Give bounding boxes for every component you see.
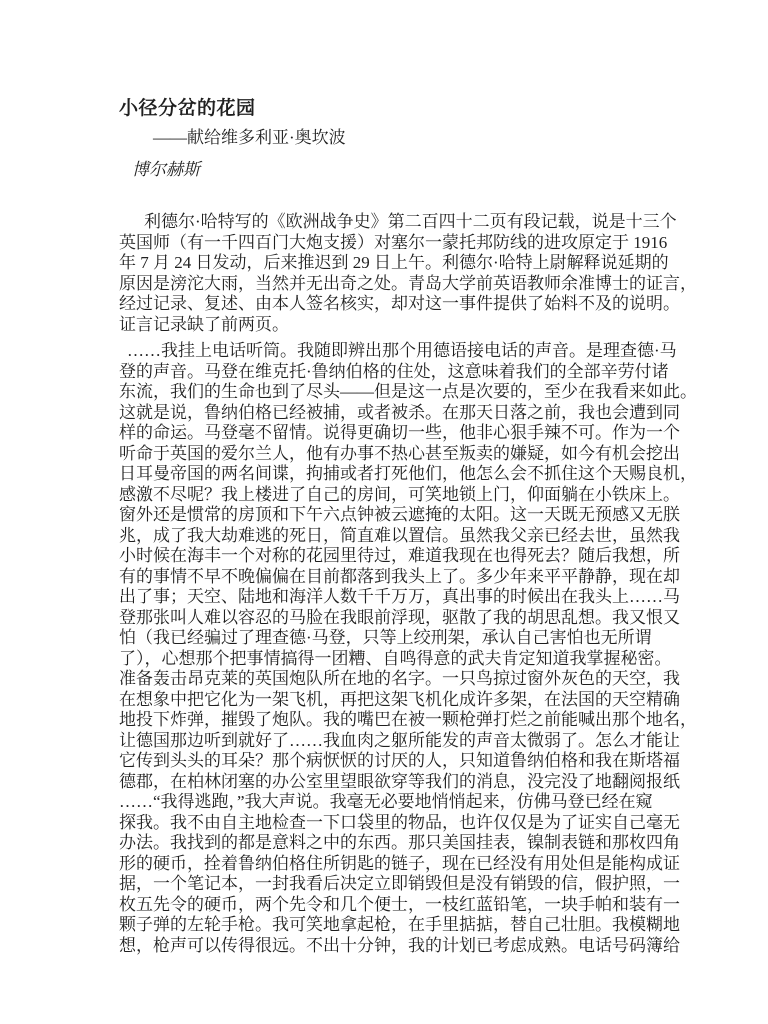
text-line: 据，一个笔记本，一封我看后决定立即销毁但是没有销毁的信，假护照，一 bbox=[119, 874, 703, 895]
text-line: 窗外还是惯常的房顶和下午六点钟被云遮掩的太阳。这一天既无预感又无朕 bbox=[119, 505, 703, 526]
text-line: 颗子弹的左轮手枪。我可笑地拿起枪，在手里掂掂，替自己壮胆。我模糊地 bbox=[119, 915, 703, 936]
text-line: 年 7 月 24 日发动，后来推迟到 29 日上午。利德尔·哈特上尉解释说延期的 bbox=[119, 253, 703, 274]
text-line: 出了事；天空、陆地和海洋人数千千万万，真出事的时候出在我头上……马 bbox=[119, 587, 703, 608]
text-line: 经过记录、复述、由本人签名核实，却对这一事件提供了始料不及的说明。 bbox=[119, 294, 703, 315]
text-line: 原因是滂沱大雨，当然并无出奇之处。青岛大学前英语教师余准博士的证言， bbox=[119, 274, 703, 295]
text-line: 兆，成了我大劫难逃的死日，简直难以置信。虽然我父亲已经去世，虽然我 bbox=[119, 526, 703, 547]
text-line: 利德尔·哈特写的《欧洲战争史》第二百四十二页有段记载，说是十三个 bbox=[119, 212, 703, 233]
document-title: 小径分岔的花园 bbox=[119, 97, 703, 121]
text-line: ……“我得逃跑，”我大声说。我毫无必要地悄悄起来，仿佛马登已经在窥 bbox=[119, 792, 703, 813]
paragraph: ……我挂上电话听筒。我随即辨出那个用德语接电话的声音。是理查德·马登的声音。马登… bbox=[119, 341, 703, 956]
document-content: 小径分岔的花园 ——献给维多利亚·奥坎波 博尔赫斯 利德尔·哈特写的《欧洲战争史… bbox=[119, 97, 703, 956]
document-page: 小径分岔的花园 ——献给维多利亚·奥坎波 博尔赫斯 利德尔·哈特写的《欧洲战争史… bbox=[0, 0, 768, 1024]
text-line: 日耳曼帝国的两名间谍，拘捕或者打死他们，他怎么会不抓住这个天赐良机， bbox=[119, 464, 703, 485]
text-line: 在想象中把它化为一架飞机，再把这架飞机化成许多架，在法国的天空精确 bbox=[119, 690, 703, 711]
text-line: 这就是说，鲁纳伯格已经被捕，或者被杀。在那天日落之前，我也会遭到同 bbox=[119, 403, 703, 424]
text-line: 样的命运。马登毫不留情。说得更确切一些，他非心狠手辣不可。作为一个 bbox=[119, 423, 703, 444]
text-line: 登那张叫人难以容忍的马脸在我眼前浮现，驱散了我的胡思乱想。我又恨又 bbox=[119, 608, 703, 629]
text-line: 它传到头头的耳朵？那个病恹恹的讨厌的人，只知道鲁纳伯格和我在斯塔福 bbox=[119, 751, 703, 772]
text-line: 了），心想那个把事情搞得一团糟、自鸣得意的武夫肯定知道我掌握秘密。 bbox=[119, 649, 703, 670]
text-line: 办法。我找到的都是意料之中的东西。那只美国挂表，镍制表链和那枚四角 bbox=[119, 833, 703, 854]
text-line: 东流，我们的生命也到了尽头——但是这一点是次要的，至少在我看来如此。 bbox=[119, 382, 703, 403]
text-line: 小时候在海丰一个对称的花园里待过，难道我现在也得死去？随后我想，所 bbox=[119, 546, 703, 567]
text-line: 有的事情不早不晚偏偏在目前都落到我头上了。多少年来平平静静，现在却 bbox=[119, 567, 703, 588]
text-line: 地投下炸弹，摧毁了炮队。我的嘴巴在被一颗枪弹打烂之前能喊出那个地名， bbox=[119, 710, 703, 731]
text-line: 形的硬币，拴着鲁纳伯格住所钥匙的链子，现在已经没有用处但是能构成证 bbox=[119, 854, 703, 875]
text-line: 感激不尽呢？我上楼进了自己的房间，可笑地锁上门，仰面躺在小铁床上。 bbox=[119, 485, 703, 506]
text-line: 枚五先令的硬币，两个先令和几个便士，一枝红蓝铅笔，一块手帕和装有一 bbox=[119, 895, 703, 916]
text-line: 英国师（有一千四百门大炮支援）对塞尔一蒙托邦防线的进攻原定于 1916 bbox=[119, 233, 703, 254]
paragraph: 利德尔·哈特写的《欧洲战争史》第二百四十二页有段记载，说是十三个英国师（有一千四… bbox=[119, 212, 703, 335]
text-line: 证言记录缺了前两页。 bbox=[119, 315, 703, 336]
text-line: 听命于英国的爱尔兰人，他有办事不热心甚至叛卖的嫌疑，如今有机会挖出 bbox=[119, 444, 703, 465]
text-line: 准备轰击昂克莱的英国炮队所在地的名字。一只鸟掠过窗外灰色的天空，我 bbox=[119, 669, 703, 690]
author-name: 博尔赫斯 bbox=[119, 159, 703, 181]
text-line: 想，枪声可以传得很远。不出十分钟，我的计划已考虑成熟。电话号码簿给 bbox=[119, 936, 703, 957]
dedication-line: ——献给维多利亚·奥坎波 bbox=[119, 127, 703, 149]
text-line: 登的声音。马登在维克托·鲁纳伯格的住处，这意味着我们的全部辛劳付诸 bbox=[119, 362, 703, 383]
text-line: 怕（我已经骗过了理查德·马登，只等上绞刑架，承认自己害怕也无所谓 bbox=[119, 628, 703, 649]
text-line: 德郡，在柏林闭塞的办公室里望眼欲穿等我们的消息，没完没了地翻阅报纸 bbox=[119, 772, 703, 793]
text-line: ……我挂上电话听筒。我随即辨出那个用德语接电话的声音。是理查德·马 bbox=[119, 341, 703, 362]
text-line: 探我。我不由自主地检查一下口袋里的物品，也许仅仅是为了证实自己毫无 bbox=[119, 813, 703, 834]
text-line: 让德国那边听到就好了……我血肉之躯所能发的声音太微弱了。怎么才能让 bbox=[119, 731, 703, 752]
